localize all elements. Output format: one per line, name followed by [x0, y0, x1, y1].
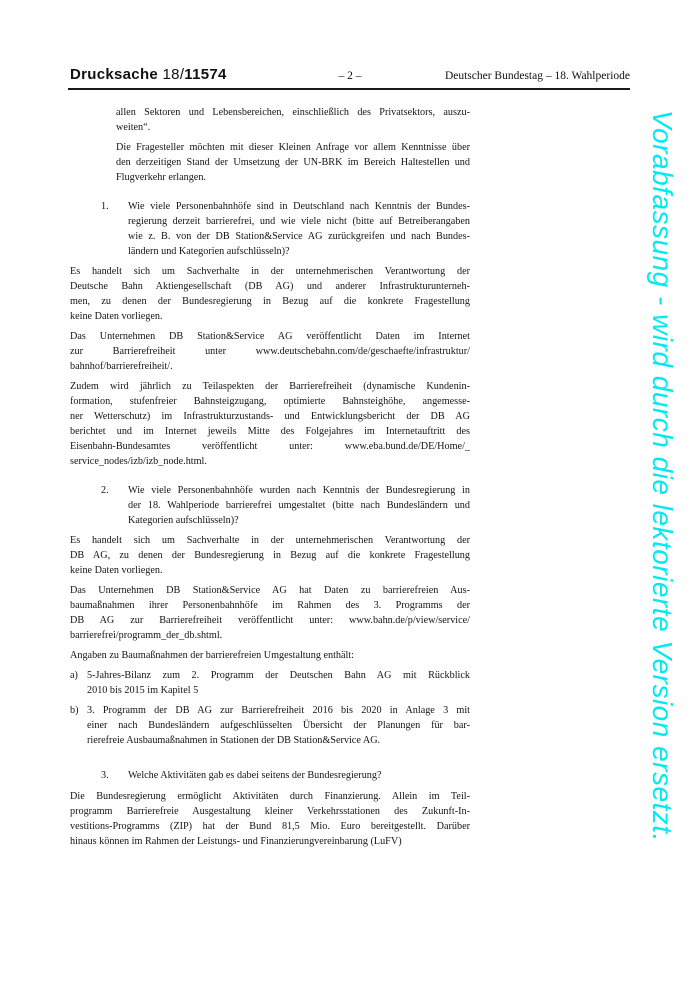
text-lines: Das Unternehmen DB Station&Service AG ve…	[70, 329, 470, 374]
text-line: 3. Programm der DB AG zur Barrierefreihe…	[87, 703, 470, 718]
text-line: men, zu denen der Bundesregierung in Bez…	[70, 294, 470, 309]
text-lines: Zudem wird jährlich zu Teilaspekten der …	[70, 379, 470, 469]
document-page: Drucksache 18/11574 – 2 – Deutscher Bund…	[0, 0, 700, 990]
text-lines: Das Unternehmen DB Station&Service AG ha…	[70, 583, 470, 643]
list-block: a)5-Jahres-Bilanz zum 2. Programm der De…	[70, 668, 470, 698]
text-line: Die Bundesregierung ermöglicht Aktivität…	[70, 789, 470, 804]
text-line: allen Sektoren und Lebensbereichen, eins…	[116, 105, 470, 120]
text-line: Es handelt sich um Sachverhalte in der u…	[70, 264, 470, 279]
body-block: Das Unternehmen DB Station&Service AG ha…	[70, 583, 470, 643]
text-line: 5-Jahres-Bilanz zum 2. Programm der Deut…	[87, 668, 470, 683]
text-line: DB AG zur Barrierefreiheit veröffentlich…	[70, 613, 470, 628]
text-lines: Es handelt sich um Sachverhalte in der u…	[70, 533, 470, 578]
doc-number-prefix: 18/	[163, 66, 185, 83]
question-marker: 3.	[101, 768, 128, 783]
text-line: Wie viele Personenbahnhöfe sind in Deuts…	[128, 199, 470, 214]
text-line: ländern und Kategorien aufschlüsseln)?	[128, 244, 470, 259]
text-line: Es handelt sich um Sachverhalte in der u…	[70, 533, 470, 548]
text-line: hinaus können im Rahmen der Leistungs- u…	[70, 834, 470, 849]
text-line: programm Barrierefreie Ausgestaltung kle…	[70, 804, 470, 819]
text-line: vestitions-Programms (ZIP) hat der Bund …	[70, 819, 470, 834]
text-line: Zudem wird jährlich zu Teilaspekten der …	[70, 379, 470, 394]
body-block: Zudem wird jährlich zu Teilaspekten der …	[70, 379, 470, 469]
document-body: allen Sektoren und Lebensbereichen, eins…	[70, 105, 470, 849]
text-line: Flugverkehr erlangen.	[116, 170, 470, 185]
text-line: service_nodes/izb/izb_node.html.	[70, 454, 470, 469]
list-marker: b)	[70, 703, 87, 748]
text-line: Eisenbahn-Bundesamtes veröffentlicht unt…	[70, 439, 470, 454]
text-line: weiten“.	[116, 120, 470, 135]
text-line: formation, stufenfreier Bahnsteigzugang,…	[70, 394, 470, 409]
text-line: Die Fragesteller möchten mit dieser Klei…	[116, 140, 470, 155]
question-marker: 2.	[101, 483, 128, 528]
text-line: Das Unternehmen DB Station&Service AG ha…	[70, 583, 470, 598]
text-line: Deutsche Bahn Aktiengesellschaft (DB AG)…	[70, 279, 470, 294]
text-line: ner Wetterschutz) im Infrastrukturzustan…	[70, 409, 470, 424]
question-block: 3.Welche Aktivitäten gab es dabei seiten…	[101, 768, 470, 783]
document-number: Drucksache 18/11574	[70, 66, 227, 83]
question-marker: 1.	[101, 199, 128, 259]
quote-block: Die Fragesteller möchten mit dieser Klei…	[116, 140, 470, 185]
question-block: 1.Wie viele Personenbahnhöfe sind in Deu…	[101, 199, 470, 259]
text-line: baumaßnahmen ihrer Personenbahnhöfe im R…	[70, 598, 470, 613]
text-line: Kategorien aufschlüsseln)?	[128, 513, 470, 528]
page-number: – 2 –	[280, 70, 420, 82]
text-lines: Wie viele Personenbahnhöfe sind in Deuts…	[128, 199, 470, 259]
doc-number: 11574	[184, 66, 226, 83]
body-block: Angaben zu Baumaßnahmen der barrierefrei…	[70, 648, 470, 663]
text-line: berichtet und im Internet jeweils Mitte …	[70, 424, 470, 439]
text-line: barrierefrei/programm_der_db.shtml.	[70, 628, 470, 643]
header-right-title: Deutscher Bundestag – 18. Wahlperiode	[445, 70, 630, 82]
text-lines: Angaben zu Baumaßnahmen der barrierefrei…	[70, 648, 470, 663]
doc-label: Drucksache	[70, 66, 158, 83]
text-lines: Die Fragesteller möchten mit dieser Klei…	[116, 140, 470, 185]
text-line: Angaben zu Baumaßnahmen der barrierefrei…	[70, 648, 470, 663]
text-line: rierefreie Ausbaumaßnahmen in Stationen …	[87, 733, 470, 748]
body-block: Es handelt sich um Sachverhalte in der u…	[70, 264, 470, 324]
text-line: keine Daten vorliegen.	[70, 309, 470, 324]
text-line: keine Daten vorliegen.	[70, 563, 470, 578]
body-block: Das Unternehmen DB Station&Service AG ve…	[70, 329, 470, 374]
text-line: wie z. B. von der DB Station&Service AG …	[128, 229, 470, 244]
text-lines: Welche Aktivitäten gab es dabei seitens …	[128, 768, 470, 783]
text-line: den derzeitigen Stand der Umsetzung der …	[116, 155, 470, 170]
text-line: Welche Aktivitäten gab es dabei seitens …	[128, 768, 470, 783]
quote-block: allen Sektoren und Lebensbereichen, eins…	[116, 105, 470, 135]
body-block: Es handelt sich um Sachverhalte in der u…	[70, 533, 470, 578]
list-marker: a)	[70, 668, 87, 698]
text-lines: allen Sektoren und Lebensbereichen, eins…	[116, 105, 470, 135]
text-lines: Die Bundesregierung ermöglicht Aktivität…	[70, 789, 470, 849]
text-lines: Wie viele Personenbahnhöfe wurden nach K…	[128, 483, 470, 528]
text-lines: Es handelt sich um Sachverhalte in der u…	[70, 264, 470, 324]
text-line: Wie viele Personenbahnhöfe wurden nach K…	[128, 483, 470, 498]
text-lines: 3. Programm der DB AG zur Barrierefreihe…	[87, 703, 470, 748]
text-line: Das Unternehmen DB Station&Service AG ve…	[70, 329, 470, 344]
text-lines: 5-Jahres-Bilanz zum 2. Programm der Deut…	[87, 668, 470, 698]
text-line: bahnhof/barrierefreiheit/.	[70, 359, 470, 374]
text-line: DB AG, zu denen der Bundesregierung in B…	[70, 548, 470, 563]
text-line: 2010 bis 2015 im Kapitel 5	[87, 683, 470, 698]
vorabfassung-watermark: Vorabfassung - wird durch die lektoriert…	[645, 110, 679, 842]
text-line: zur Barrierefreiheit unter www.deutscheb…	[70, 344, 470, 359]
list-block: b)3. Programm der DB AG zur Barrierefrei…	[70, 703, 470, 748]
header-rule	[68, 88, 630, 90]
text-line: der 18. Wahlperiode barrierefrei umgesta…	[128, 498, 470, 513]
text-line: einer nach Bundesländern aufgeschlüsselt…	[87, 718, 470, 733]
body-block: Die Bundesregierung ermöglicht Aktivität…	[70, 789, 470, 849]
text-line: regierung derzeit barrierefrei, und wie …	[128, 214, 470, 229]
question-block: 2.Wie viele Personenbahnhöfe wurden nach…	[101, 483, 470, 528]
